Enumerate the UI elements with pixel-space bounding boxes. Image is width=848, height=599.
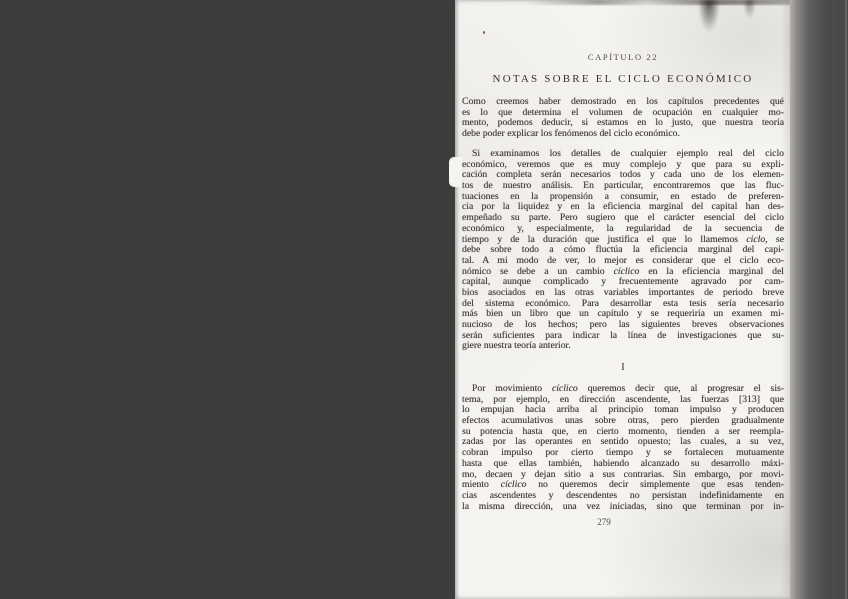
paper-edge-notch [449, 157, 462, 187]
paragraph-3: Por movimiento cíclico queremos decir qu… [462, 384, 784, 512]
right-edge-strip [790, 0, 848, 599]
page-title: NOTAS SOBRE EL CICLO ECONÓMICO [462, 73, 784, 85]
text-line: giere nuestra teoría anterior. [462, 341, 784, 352]
scan-ink-blob [743, 0, 756, 19]
scanner-edge-line [845, 0, 847, 599]
text-line: la misma dirección, una vez iniciadas, s… [462, 502, 784, 513]
scan-ink-blob [698, 0, 720, 32]
scanner-canvas: CAPÍTULO 22 NOTAS SOBRE EL CICLO ECONÓMI… [0, 0, 848, 599]
text-line: debe poder explicar los fenómenos del ci… [462, 129, 784, 140]
page-number: 279 [443, 517, 765, 527]
paragraph-1: Como creemos haber demostrado en los cap… [462, 97, 784, 140]
section-heading: I [462, 361, 784, 373]
paragraph-2: Si examinamos los detalles de cualquier … [462, 149, 784, 352]
text-line: cias ascendentes y descendentes no persi… [462, 491, 784, 502]
scanned-book-page: CAPÍTULO 22 NOTAS SOBRE EL CICLO ECONÓMI… [455, 0, 790, 599]
text-line: económico y, especialmente, la regularid… [462, 224, 784, 235]
chapter-heading: CAPÍTULO 22 [462, 52, 784, 62]
scan-speck [483, 31, 485, 34]
text-line: hasta que ellas también, habiendo alcanz… [462, 459, 784, 470]
